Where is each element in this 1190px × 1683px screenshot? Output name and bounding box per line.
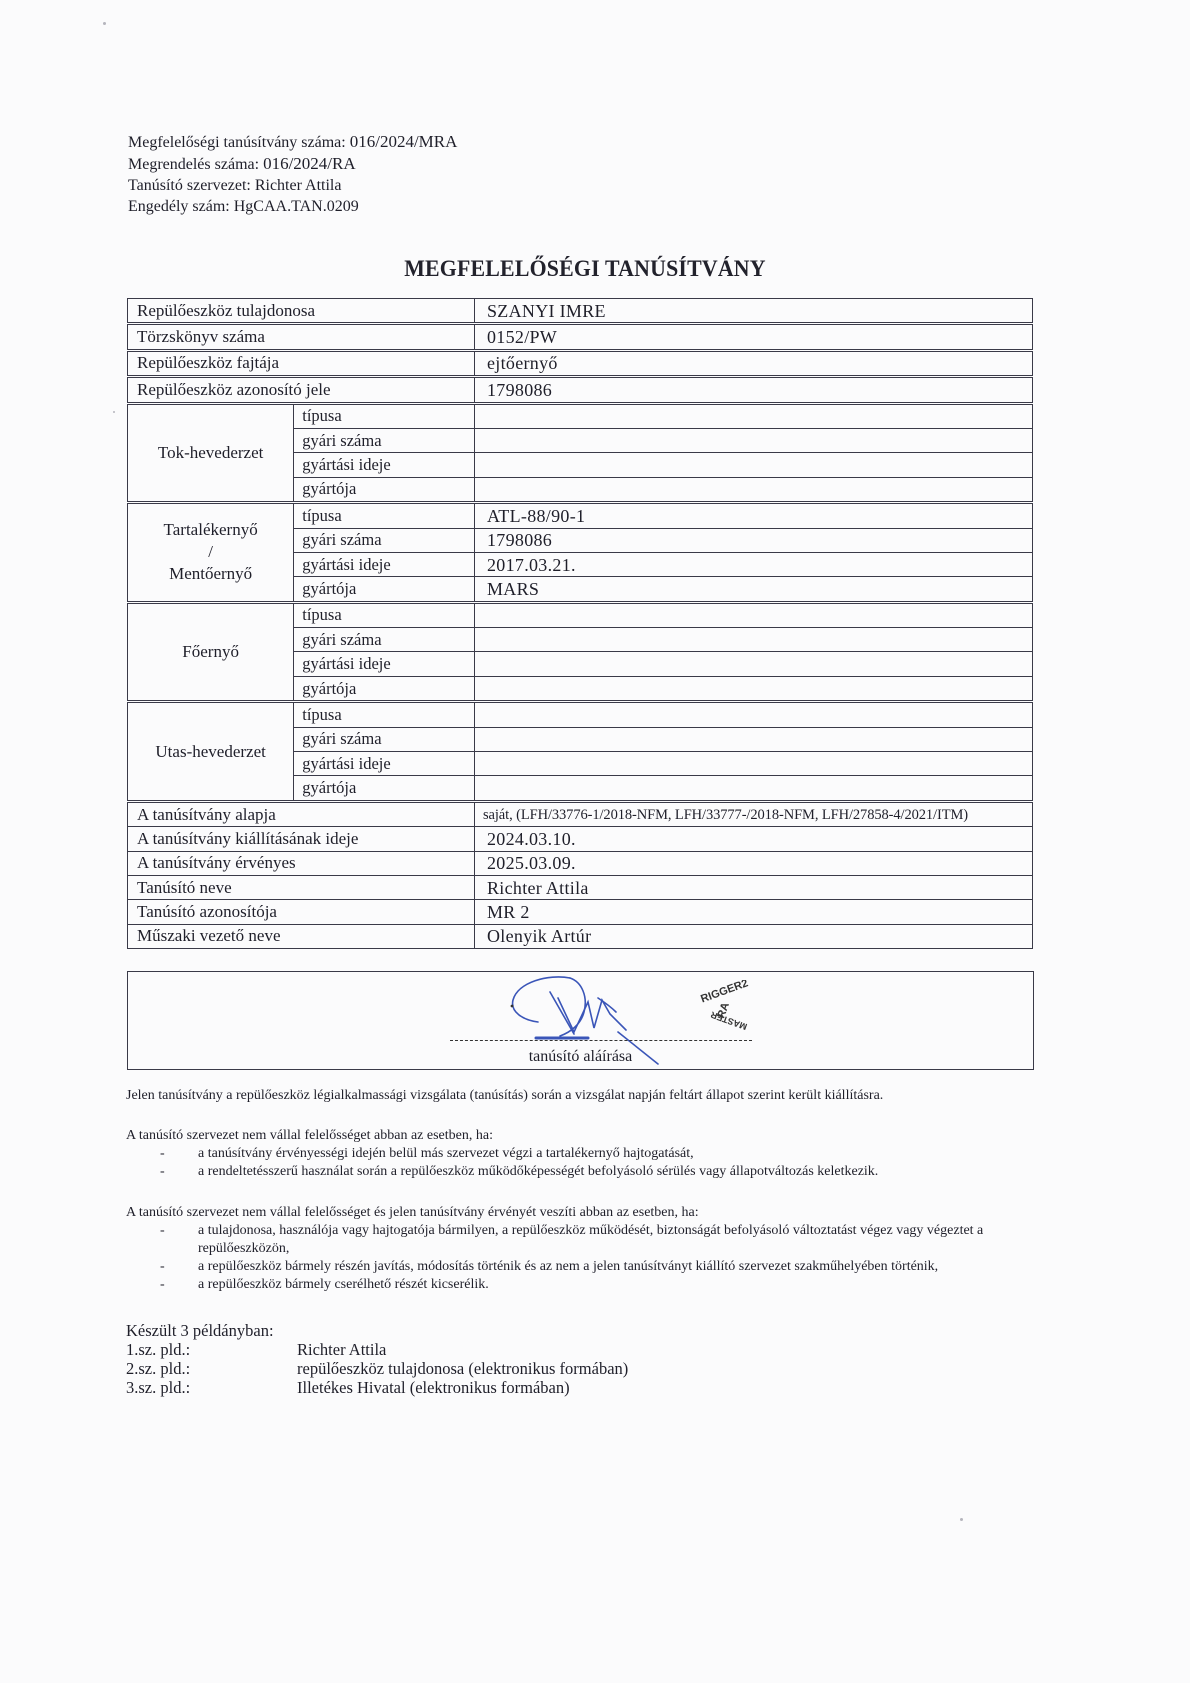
- sub-label: gyártója: [294, 577, 475, 602]
- table-row: Repülőeszköz azonosító jele1798086: [128, 377, 1033, 403]
- component-value: [475, 628, 1033, 652]
- statement-text: Jelen tanúsítvány a repülőeszköz légialk…: [126, 1087, 1046, 1105]
- copies-section: Készült 3 példányban: 1.sz. pld.:Richter…: [126, 1321, 628, 1397]
- sub-label: gyártási ideje: [294, 453, 475, 477]
- component-group-label: Utas-hevederzet: [128, 702, 294, 802]
- certifier-org-line: Tanúsító szervezet: Richter Attila: [128, 175, 457, 196]
- list-item-text: a rendeltetésszerű használat során a rep…: [198, 1163, 1046, 1181]
- row-label: Repülőeszköz azonosító jele: [128, 377, 475, 403]
- signature-box: RIGGER2 RA MASTER tanúsító aláírása: [127, 971, 1034, 1070]
- table-row: Utas-hevederzettípusa: [128, 702, 1033, 727]
- header-label: Tanúsító szervezet:: [128, 177, 251, 194]
- signature-caption: tanúsító aláírása: [128, 1048, 1033, 1066]
- row-value: SZANYI IMRE: [475, 299, 1033, 324]
- scan-speck: [960, 1518, 963, 1521]
- certificate-number: 016/2024/MRA: [350, 132, 458, 151]
- sub-label: gyártási ideje: [294, 652, 475, 676]
- copy-row: 1.sz. pld.:Richter Attila: [126, 1340, 628, 1359]
- document-title: MEGFELELŐSÉGI TANÚSÍTVÁNY: [29, 256, 1141, 282]
- signature-line: [450, 1040, 752, 1041]
- license-number-line: Engedély szám: HgCAA.TAN.0209: [128, 196, 457, 217]
- list-item-text: a tanúsítvány érvényességi idején belül …: [198, 1145, 1046, 1163]
- copy-key: 1.sz. pld.:: [126, 1340, 297, 1359]
- component-group-label: Tok-hevederzet: [128, 403, 294, 503]
- row-label: Törzskönyv száma: [128, 324, 475, 350]
- header-label: Megfelelőségi tanúsítvány száma:: [128, 134, 346, 151]
- copy-value: Richter Attila: [297, 1340, 386, 1359]
- list-item-text: a repülőeszköz bármely cserélhető részét…: [198, 1276, 1046, 1294]
- header-label: Megrendelés száma:: [128, 156, 259, 173]
- order-number-line: Megrendelés száma: 016/2024/RA: [128, 153, 457, 175]
- sub-label: típusa: [294, 702, 475, 727]
- sub-label: gyári száma: [294, 628, 475, 652]
- component-value: 2017.03.21.: [475, 552, 1033, 576]
- row-value: 2025.03.09.: [475, 851, 1033, 875]
- disclaimer-2: A tanúsító szervezet nem vállal felelőss…: [126, 1204, 1046, 1294]
- list-item: -a tanúsítvány érvényességi idején belül…: [126, 1145, 1046, 1163]
- row-label: Tanúsító azonosítója: [128, 900, 475, 924]
- component-value: [475, 453, 1033, 477]
- sub-label: gyári száma: [294, 428, 475, 452]
- svg-text:RIGGER2: RIGGER2: [699, 980, 750, 1005]
- copy-value: Illetékes Hivatal (elektronikus formában…: [297, 1378, 570, 1397]
- row-label: A tanúsítvány kiállításának ideje: [128, 827, 475, 851]
- row-value: saját, (LFH/33776-1/2018-NFM, LFH/33777-…: [475, 801, 1033, 826]
- copy-row: 3.sz. pld.:Illetékes Hivatal (elektronik…: [126, 1378, 628, 1397]
- table-row: Tartalékernyő/MentőernyőtípusaATL-88/90-…: [128, 503, 1033, 528]
- row-value: Richter Attila: [475, 875, 1033, 899]
- row-label: Repülőeszköz fajtája: [128, 350, 475, 376]
- component-value: [475, 776, 1033, 801]
- component-value: MARS: [475, 577, 1033, 602]
- certificate-header: Megfelelőségi tanúsítvány száma: 016/202…: [128, 131, 457, 217]
- table-row: Tok-hevederzettípusa: [128, 403, 1033, 428]
- row-label: A tanúsítvány érvényes: [128, 851, 475, 875]
- table-row: Főernyőtípusa: [128, 602, 1033, 627]
- list-item-text: a repülőeszköz bármely részén javítás, m…: [198, 1258, 1046, 1276]
- sub-label: gyártási ideje: [294, 752, 475, 776]
- table-row: A tanúsítvány kiállításának ideje2024.03…: [128, 827, 1033, 851]
- table-row: Törzskönyv száma0152/PW: [128, 324, 1033, 350]
- sub-label: gyártója: [294, 477, 475, 502]
- component-value: [475, 652, 1033, 676]
- certificate-number-line: Megfelelőségi tanúsítvány száma: 016/202…: [128, 131, 457, 153]
- sub-label: típusa: [294, 602, 475, 627]
- row-value: Olenyik Artúr: [475, 924, 1033, 948]
- copy-key: 3.sz. pld.:: [126, 1378, 297, 1397]
- component-group-label: Főernyő: [128, 602, 294, 702]
- list-item: -a rendeltetésszerű használat során a re…: [126, 1163, 1046, 1181]
- component-value: 1798086: [475, 528, 1033, 552]
- table-row: A tanúsítvány alapjasaját, (LFH/33776-1/…: [128, 801, 1033, 826]
- header-label: Engedély szám:: [128, 198, 230, 215]
- sub-label: gyártási ideje: [294, 552, 475, 576]
- list-item: -a repülőeszköz bármely cserélhető részé…: [126, 1276, 1046, 1294]
- sub-label: típusa: [294, 403, 475, 428]
- row-value: 1798086: [475, 377, 1033, 403]
- component-value: ATL-88/90-1: [475, 503, 1033, 528]
- row-label: Műszaki vezető neve: [128, 924, 475, 948]
- list-item-text: a tulajdonosa, használója vagy hajtogató…: [198, 1222, 1046, 1258]
- sub-label: gyártója: [294, 676, 475, 701]
- row-value: 0152/PW: [475, 324, 1033, 350]
- row-value: 2024.03.10.: [475, 827, 1033, 851]
- copy-key: 2.sz. pld.:: [126, 1359, 297, 1378]
- table-row: Műszaki vezető neveOlenyik Artúr: [128, 924, 1033, 948]
- sub-label: gyári száma: [294, 528, 475, 552]
- sub-label: gyártója: [294, 776, 475, 801]
- copies-intro: Készült 3 példányban:: [126, 1321, 628, 1340]
- component-value: [475, 676, 1033, 701]
- component-value: [475, 727, 1033, 751]
- component-value: [475, 752, 1033, 776]
- certificate-table: Repülőeszköz tulajdonosaSZANYI IMRETörzs…: [127, 298, 1033, 949]
- disclaimer-1-intro: A tanúsító szervezet nem vállal felelőss…: [126, 1127, 1046, 1145]
- table-row: Tanúsító neveRichter Attila: [128, 875, 1033, 899]
- disclaimer-1: A tanúsító szervezet nem vállal felelőss…: [126, 1127, 1046, 1181]
- row-label: Repülőeszköz tulajdonosa: [128, 299, 475, 324]
- sub-label: típusa: [294, 503, 475, 528]
- order-number: 016/2024/RA: [263, 154, 356, 173]
- component-value: [475, 428, 1033, 452]
- copy-row: 2.sz. pld.:repülőeszköz tulajdonosa (ele…: [126, 1359, 628, 1378]
- scan-speck: [103, 22, 106, 25]
- sub-label: gyári száma: [294, 727, 475, 751]
- row-label: A tanúsítvány alapja: [128, 801, 475, 826]
- component-value: [475, 403, 1033, 428]
- row-label: Tanúsító neve: [128, 875, 475, 899]
- table-row: A tanúsítvány érvényes2025.03.09.: [128, 851, 1033, 875]
- component-value: [475, 702, 1033, 727]
- group-label-line: /: [128, 541, 293, 563]
- list-item: -a tulajdonosa, használója vagy hajtogat…: [126, 1222, 1046, 1258]
- copy-value: repülőeszköz tulajdonosa (elektronikus f…: [297, 1359, 628, 1378]
- group-label-line: Mentőernyő: [128, 563, 293, 585]
- component-value: [475, 602, 1033, 627]
- certifier-org: Richter Attila: [255, 177, 342, 194]
- list-item: -a repülőeszköz bármely részén javítás, …: [126, 1258, 1046, 1276]
- scan-speck: [113, 411, 115, 413]
- table-row: Repülőeszköz fajtájaejtőernyő: [128, 350, 1033, 376]
- component-value: [475, 477, 1033, 502]
- table-row: Tanúsító azonosítójaMR 2: [128, 900, 1033, 924]
- table-row: Repülőeszköz tulajdonosaSZANYI IMRE: [128, 299, 1033, 324]
- row-value: ejtőernyő: [475, 350, 1033, 376]
- component-group-label: Tartalékernyő/Mentőernyő: [128, 503, 294, 603]
- master-rigger-stamp-icon: RIGGER2 RA MASTER: [688, 980, 758, 1040]
- disclaimer-2-intro: A tanúsító szervezet nem vállal felelőss…: [126, 1204, 1046, 1222]
- group-label-line: Tartalékernyő: [128, 519, 293, 541]
- row-value: MR 2: [475, 900, 1033, 924]
- license-number: HgCAA.TAN.0209: [234, 198, 359, 215]
- statement: Jelen tanúsítvány a repülőeszköz légialk…: [126, 1087, 1046, 1105]
